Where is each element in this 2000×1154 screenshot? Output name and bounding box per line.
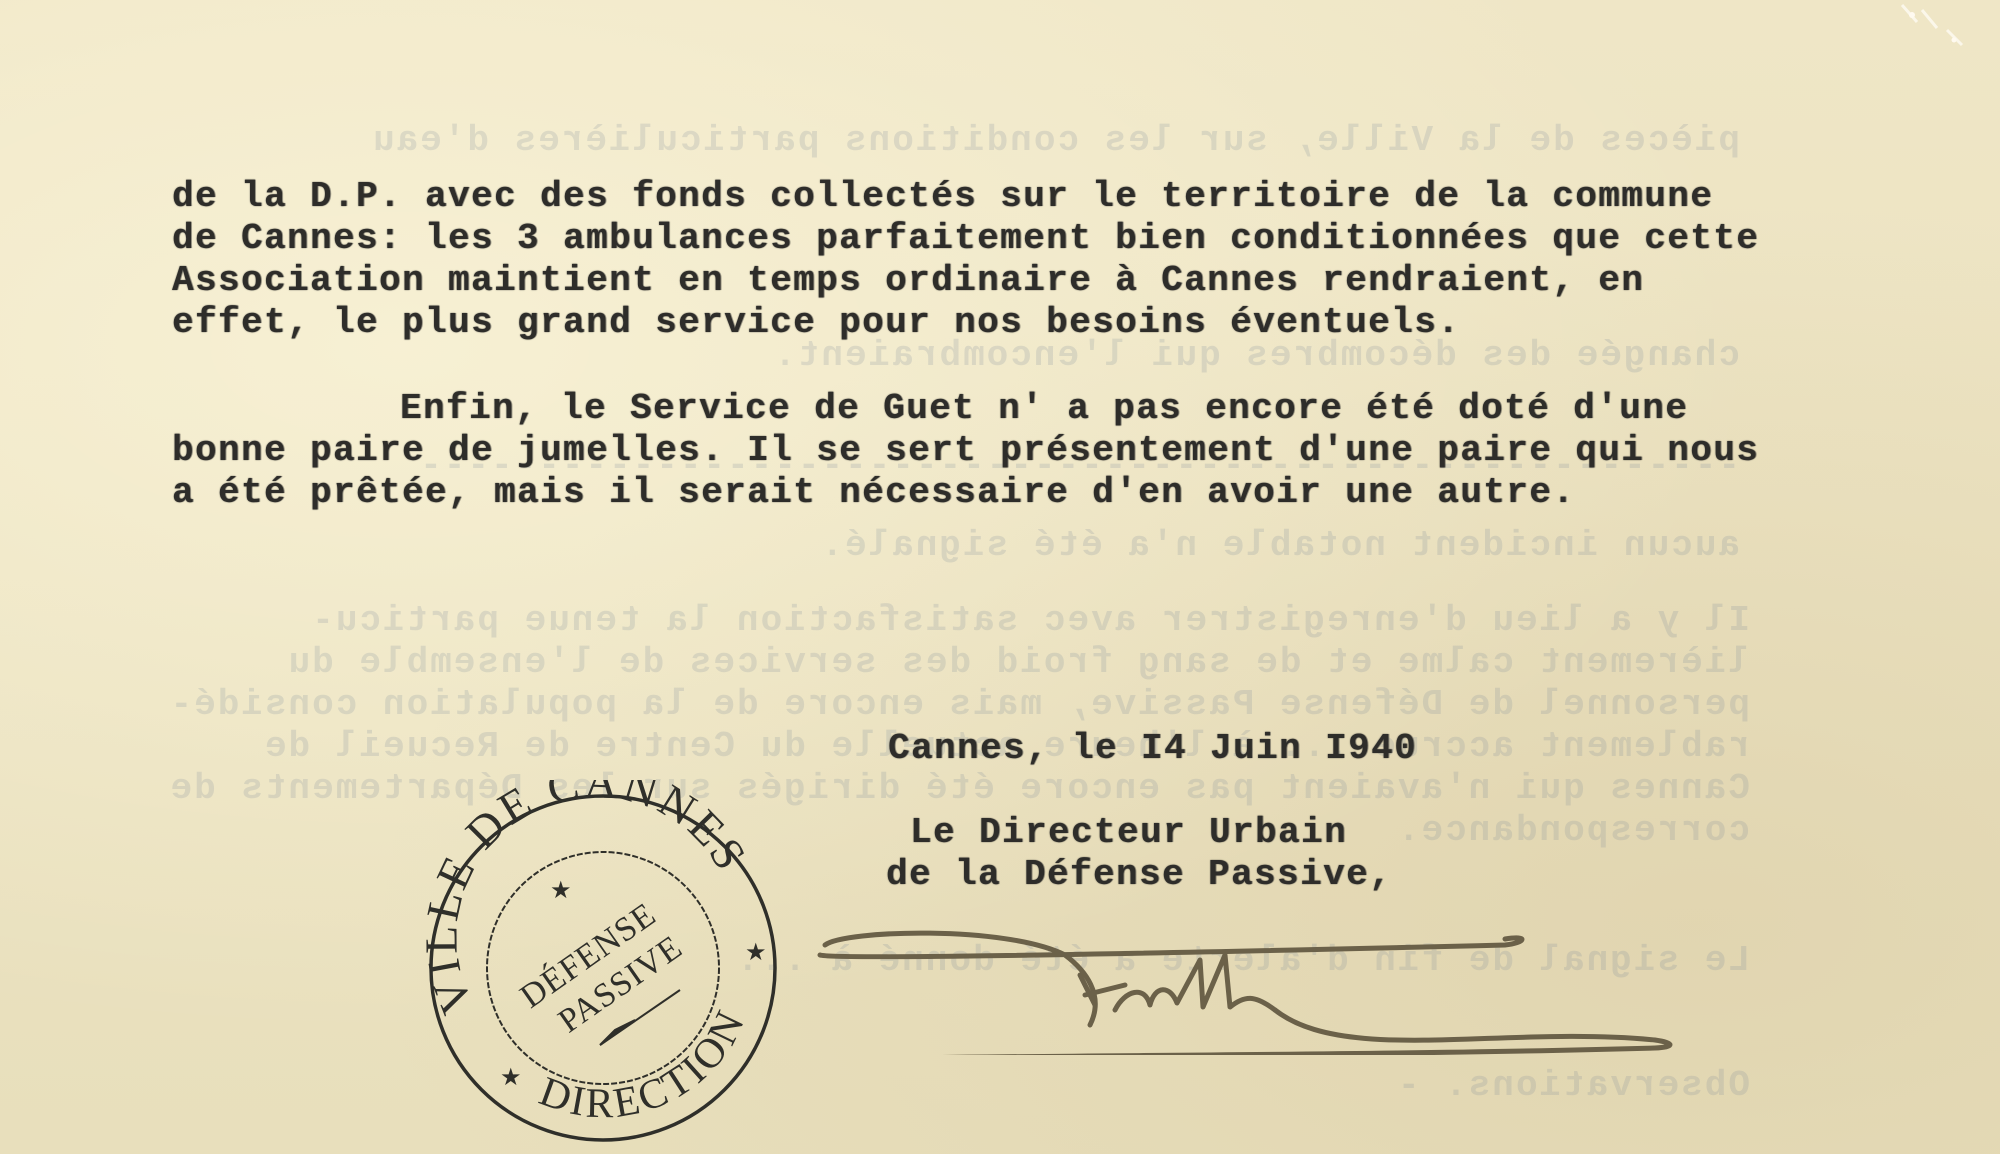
paragraph2-line: bonne paire de jumelles. Il se sert prés… [172,430,1759,471]
official-stamp: VILLE DE CANNES DIRECTION DÉFENSE PASSIV… [410,780,790,1150]
paragraph1-line: de Cannes: les 3 ambulances parfaitement… [172,218,1759,259]
paragraph2-line: Enfin, le Service de Guet n' a pas encor… [400,388,1688,429]
handwritten-signature [805,915,1705,1055]
paragraph1-line: de la D.P. avec des fonds collectés sur … [172,176,1713,217]
star-icon: ★ [550,878,572,904]
star-icon: ★ [745,940,767,966]
signatory-department: de la Défense Passive, [886,854,1392,895]
paragraph1-line: Association maintient en temps ordinaire… [172,260,1644,301]
signatory-title: Le Directeur Urbain [910,812,1347,853]
paragraph2-line: a été prêtée, mais il serait nécessaire … [172,472,1575,513]
place-date: Cannes, le I4 Juin I940 [888,728,1417,769]
star-icon: ★ [500,1065,522,1091]
paragraph1-line: effet, le plus grand service pour nos be… [172,302,1460,343]
paper-damage-mark [1882,0,1982,60]
